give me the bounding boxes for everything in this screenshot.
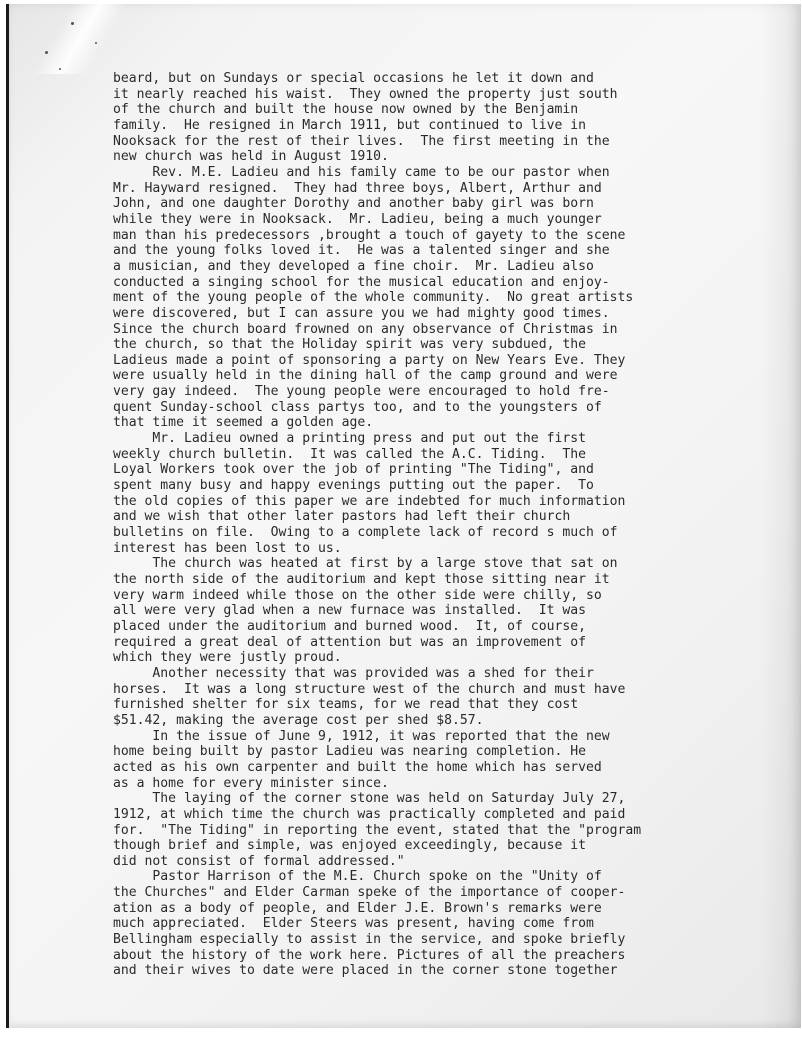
text-line: a musician, and they developed a fine ch… [113,259,641,275]
text-line: the Churches" and Elder Carman speke of … [113,885,641,901]
text-line: John, and one daughter Dorothy and anoth… [113,196,641,212]
text-line: required a great deal of attention but w… [113,635,641,651]
page-shadow-edge [761,4,801,1028]
text-line: Another necessity that was provided was … [113,666,641,682]
text-line: family. He resigned in March 1911, but c… [113,118,641,134]
text-line: the church, so that the Holiday spirit w… [113,337,641,353]
text-line: home being built by pastor Ladieu was ne… [113,744,641,760]
text-line: The laying of the corner stone was held … [113,791,641,807]
text-line: furnished shelter for six teams, for we … [113,697,641,713]
text-line: In the issue of June 9, 1912, it was rep… [113,729,641,745]
text-line: Mr. Hayward resigned. They had three boy… [113,181,641,197]
text-line: about the history of the work here. Pict… [113,948,641,964]
text-line: the north side of the auditorium and kep… [113,572,641,588]
text-line: new church was held in August 1910. [113,149,641,165]
text-line: quent Sunday-school class partys too, an… [113,400,641,416]
text-line: and their wives to date were placed in t… [113,963,641,979]
text-line: for. "The Tiding" in reporting the event… [113,823,641,839]
text-line: placed under the auditorium and burned w… [113,619,641,635]
paper-speck [95,42,97,44]
text-line: were usually held in the dining hall of … [113,368,641,384]
text-line: and we wish that other later pastors had… [113,509,641,525]
paper-speck [59,68,61,70]
text-line: were discovered, but I can assure you we… [113,306,641,322]
text-line: though brief and simple, was enjoyed exc… [113,838,641,854]
text-line: horses. It was a long structure west of … [113,682,641,698]
text-line: Loyal Workers took over the job of print… [113,462,641,478]
text-line: while they were in Nooksack. Mr. Ladieu,… [113,212,641,228]
text-line: interest has been lost to us. [113,541,641,557]
text-line: ation as a body of people, and Elder J.E… [113,901,641,917]
text-line: Bellingham especially to assist in the s… [113,932,641,948]
text-line: Nooksack for the rest of their lives. Th… [113,134,641,150]
text-line: weekly church bulletin. It was called th… [113,447,641,463]
text-line: as a home for every minister since. [113,776,641,792]
text-line: man than his predecessors ,brought a tou… [113,228,641,244]
paper-speck [71,22,74,25]
text-line: and the young folks loved it. He was a t… [113,243,641,259]
text-line: The church was heated at first by a larg… [113,556,641,572]
text-line: very gay indeed. The young people were e… [113,384,641,400]
text-line: Ladieus made a point of sponsoring a par… [113,353,641,369]
text-line: did not consist of formal addressed." [113,854,641,870]
text-line: bulletins on file. Owing to a complete l… [113,525,641,541]
text-line: which they were justly proud. [113,650,641,666]
text-line: Mr. Ladieu owned a printing press and pu… [113,431,641,447]
text-line: spent many busy and happy evenings putti… [113,478,641,494]
text-line: beard, but on Sundays or special occasio… [113,71,641,87]
text-line: it nearly reached his waist. They owned … [113,87,641,103]
text-line: much appreciated. Elder Steers was prese… [113,916,641,932]
text-line: the old copies of this paper we are inde… [113,494,641,510]
paper-speck [45,51,48,54]
text-line: acted as his own carpenter and built the… [113,760,641,776]
text-line: Rev. M.E. Ladieu and his family came to … [113,165,641,181]
text-line: ment of the young people of the whole co… [113,290,641,306]
text-line: Pastor Harrison of the M.E. Church spoke… [113,869,641,885]
text-line: all were very glad when a new furnace wa… [113,603,641,619]
text-line: 1912, at which time the church was pract… [113,807,641,823]
text-line: Since the church board frowned on any ob… [113,322,641,338]
document-body: beard, but on Sundays or special occasio… [113,71,641,979]
text-line: of the church and built the house now ow… [113,102,641,118]
text-line: $51.42, making the average cost per shed… [113,713,641,729]
text-line: that time it seemed a golden age. [113,415,641,431]
text-line: conducted a singing school for the music… [113,275,641,291]
text-line: very warm indeed while those on the othe… [113,588,641,604]
